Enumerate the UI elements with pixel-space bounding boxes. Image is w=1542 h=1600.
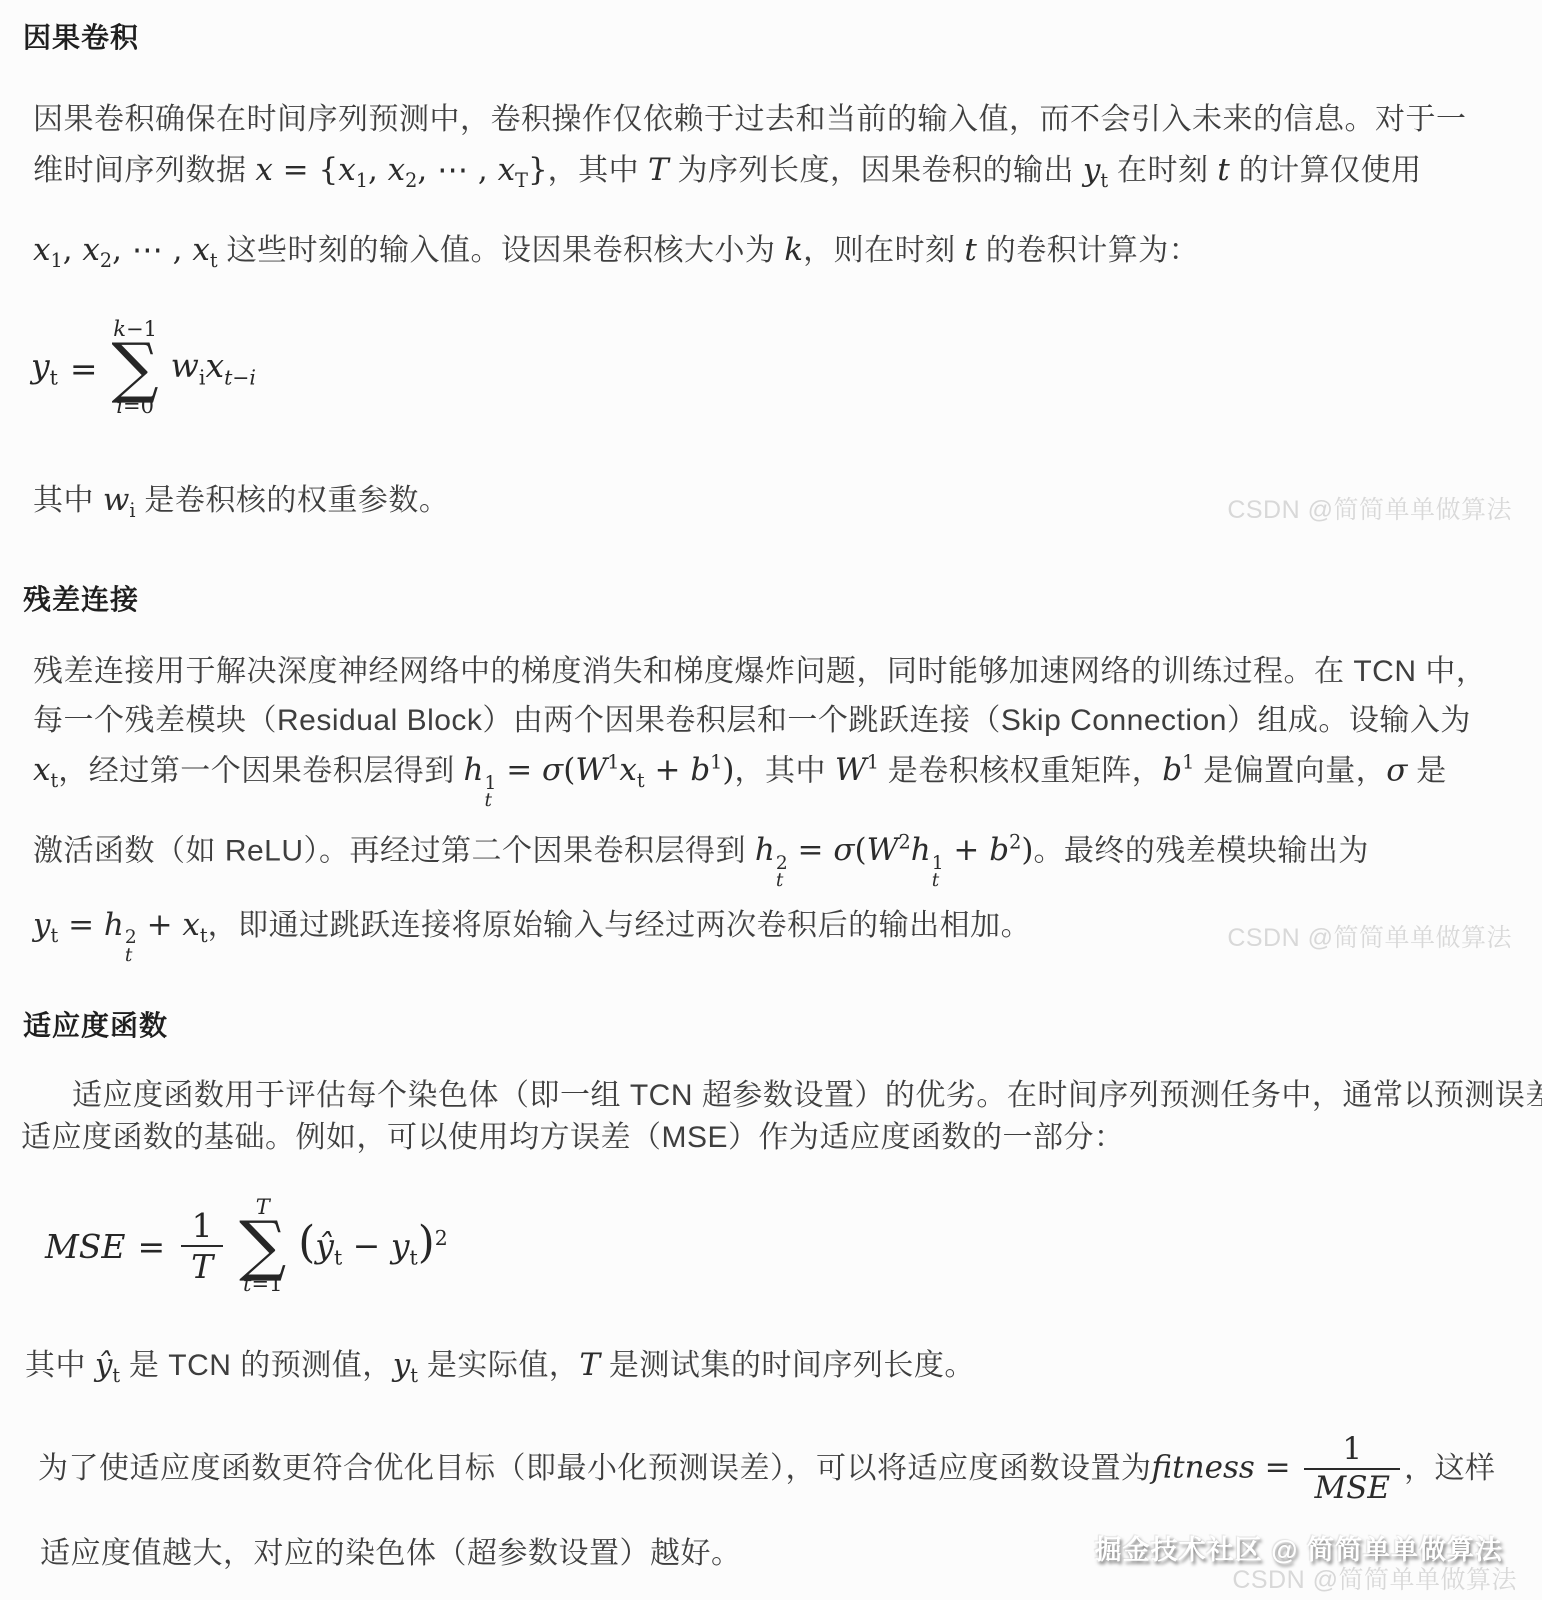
heading-causal-convolution: 因果卷积 [23, 16, 139, 56]
math-run: ŷt [95, 1347, 120, 1383]
text-run: ，即通过跳跃连接将原始输入与经过两次卷积后的输出相加。 [208, 909, 1032, 942]
text-run: 其中 [33, 484, 103, 517]
causal-paragraph-line-4: 其中 wi 是卷积核的权重参数。 [33, 480, 449, 524]
text-run: 是实际值， [418, 1349, 579, 1382]
text-run: 因果卷积确保在时间序列预测中，卷积操作仅依赖于过去和当前的输入值，而不会引入未来… [33, 103, 1467, 136]
math-run: fitness = 1MSE [1152, 1432, 1405, 1506]
text-run: 其中 [25, 1349, 95, 1382]
math-run: yt = h2t + xt [33, 907, 208, 943]
math-run: h2t = σ(W2h1t + b2) [755, 832, 1034, 868]
heading-fitness-function: 适应度函数 [23, 1004, 168, 1044]
math-run: σ [1386, 752, 1407, 788]
math-run: W1 [835, 752, 879, 788]
causal-paragraph-line-1: 因果卷积确保在时间序列预测中，卷积操作仅依赖于过去和当前的输入值，而不会引入未来… [33, 100, 1467, 141]
text-run: ，其中 [548, 154, 648, 187]
text-run: 维时间序列数据 [33, 154, 255, 187]
causal-convolution-formula: yt = k−1∑i=0 wixt−i [31, 318, 256, 418]
watermark-csdn-3: CSDN @简简单单做算法 [1232, 1560, 1517, 1596]
math-run: b1 [1162, 752, 1194, 788]
text-run: 是卷积核的权重参数。 [136, 484, 450, 517]
math-run: yt [393, 1347, 418, 1383]
text-run: 残差连接用于解决深度神经网络中的梯度消失和梯度爆炸问题，同时能够加速网络的训练过… [33, 655, 1486, 688]
math-run: yt [1083, 152, 1108, 188]
causal-paragraph-line-3: x1, x2, ⋯ , xt 这些时刻的输入值。设因果卷积核大小为 k，则在时刻… [33, 230, 1199, 274]
residual-paragraph-line-1: 残差连接用于解决深度神经网络中的梯度消失和梯度爆炸问题，同时能够加速网络的训练过… [33, 652, 1486, 693]
math-run: x1, x2, ⋯ , xt [33, 232, 218, 268]
text-run: 为序列长度，因果卷积的输出 [669, 154, 1083, 187]
watermark-csdn-2: CSDN @简简单单做算法 [1227, 918, 1512, 954]
math-run: xt [33, 752, 58, 788]
fitness-paragraph-line-1: 适应度函数用于评估每个染色体（即一组 TCN 超参数设置）的优劣。在时间序列预测… [72, 1076, 1542, 1117]
text-run: 是卷积核权重矩阵， [879, 754, 1162, 787]
text-run: 这些时刻的输入值。设因果卷积核大小为 [218, 234, 785, 267]
text-run: 。最终的残差模块输出为 [1033, 834, 1369, 867]
fitness-paragraph-line-2: 适应度函数的基础。例如，可以使用均方误差（MSE）作为适应度函数的一部分： [21, 1118, 1125, 1159]
fitness-paragraph-line-4: 为了使适应度函数更符合优化目标（即最小化预测误差），可以将适应度函数设置为 fi… [38, 1432, 1496, 1506]
text-run: 是测试集的时间序列长度。 [600, 1349, 975, 1382]
math-run: wi [103, 482, 136, 518]
text-run: 适应度值越大，对应的染色体（超参数设置）越好。 [40, 1537, 742, 1570]
text-run: ，经过第一个因果卷积层得到 [58, 754, 463, 787]
residual-paragraph-line-4: 激活函数（如 ReLU）。再经过第二个因果卷积层得到 h2t = σ(W2h1t… [33, 830, 1369, 890]
math-run: k [784, 232, 803, 268]
math-run: h1t = σ(W1xt + b1) [464, 752, 735, 788]
text-run: 的计算仅使用 [1230, 154, 1422, 187]
text-run: 为了使适应度函数更符合优化目标（即最小化预测误差），可以将适应度函数设置为 [38, 1449, 1152, 1490]
text-run: 在时刻 [1108, 154, 1217, 187]
math-run: t [1217, 152, 1229, 188]
text-run: ，则在时刻 [803, 234, 964, 267]
heading-residual-connection: 残差连接 [23, 578, 139, 618]
article-page: 因果卷积 因果卷积确保在时间序列预测中，卷积操作仅依赖于过去和当前的输入值，而不… [0, 0, 1542, 1600]
text-run: 是 [1407, 754, 1446, 787]
residual-paragraph-line-2: 每一个残差模块（Residual Block）由两个因果卷积层和一个跳跃连接（S… [33, 701, 1471, 742]
math-run: T [648, 152, 669, 188]
fitness-paragraph-line-3: 其中 ŷt 是 TCN 的预测值，yt 是实际值，T 是测试集的时间序列长度。 [25, 1345, 975, 1389]
fitness-paragraph-line-5: 适应度值越大，对应的染色体（超参数设置）越好。 [40, 1534, 742, 1575]
residual-paragraph-line-3: xt，经过第一个因果卷积层得到 h1t = σ(W1xt + b1)，其中 W1… [33, 750, 1447, 810]
text-run: ，其中 [735, 754, 835, 787]
text-run: 是偏置向量， [1194, 754, 1386, 787]
mse-formula: MSE = 1T T∑t=1 (ŷt − yt)2 [45, 1196, 448, 1296]
text-run: 激活函数（如 ReLU）。再经过第二个因果卷积层得到 [33, 834, 755, 867]
text-run: 的卷积计算为： [977, 234, 1199, 267]
math-run: T [579, 1347, 600, 1383]
text-run: 每一个残差模块（Residual Block）由两个因果卷积层和一个跳跃连接（S… [33, 704, 1471, 737]
watermark-csdn-1: CSDN @简简单单做算法 [1227, 490, 1512, 526]
text-run: 是 TCN 的预测值， [120, 1349, 393, 1382]
residual-paragraph-line-5: yt = h2t + xt，即通过跳跃连接将原始输入与经过两次卷积后的输出相加。 [33, 905, 1031, 965]
text-run: ，这样 [1404, 1449, 1496, 1490]
causal-paragraph-line-2: 维时间序列数据 x = {x1, x2, ⋯ , xT}，其中 T 为序列长度，… [33, 150, 1422, 194]
text-run: 适应度函数的基础。例如，可以使用均方误差（MSE）作为适应度函数的一部分： [21, 1121, 1125, 1154]
text-run: 适应度函数用于评估每个染色体（即一组 TCN 超参数设置）的优劣。在时间序列预测… [72, 1079, 1542, 1112]
math-run: x = {x1, x2, ⋯ , xT} [255, 152, 547, 188]
math-run: t [964, 232, 976, 268]
